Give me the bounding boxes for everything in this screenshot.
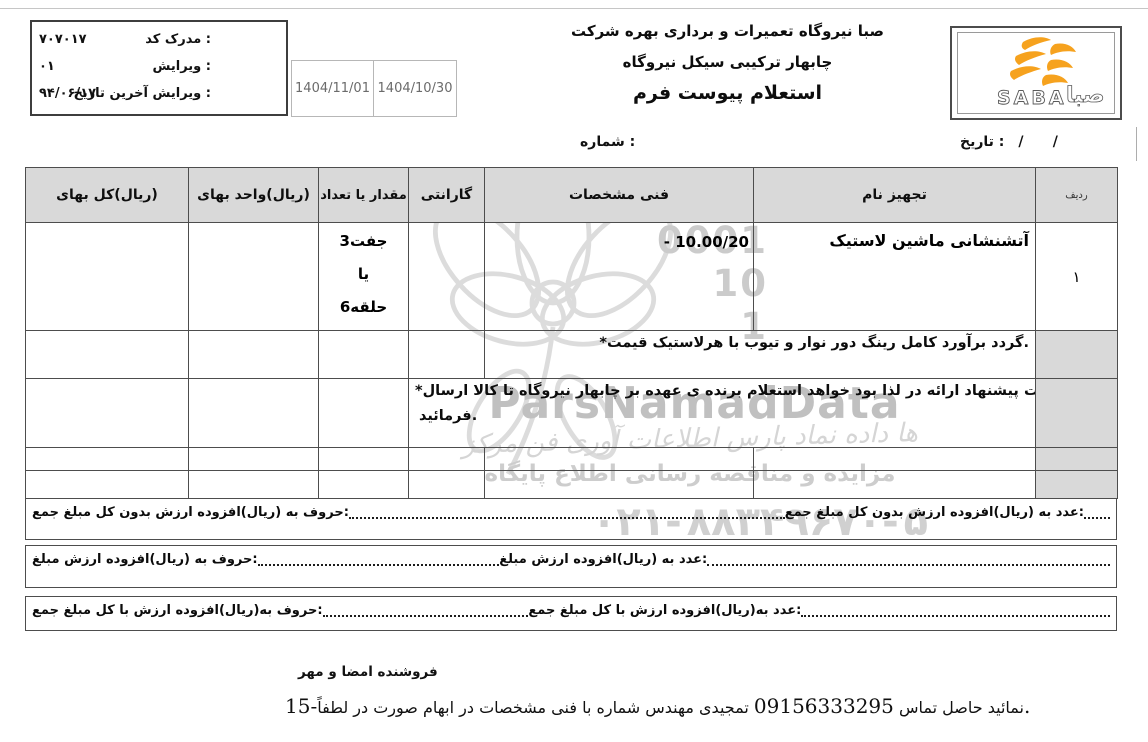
empty-cell	[319, 448, 409, 471]
header-quantity: تعداد یا مقدار	[319, 168, 409, 223]
empty-cell	[26, 448, 189, 471]
logo-wordmark-latin: SABA	[997, 87, 1067, 109]
date-cell-1: 1404/11/01	[291, 60, 374, 117]
note-1-text: *قیمت هرلاستیک با تیوب و نوار دور رینگ ک…	[491, 335, 1029, 351]
empty-cell	[319, 331, 409, 379]
row-no-cell	[1036, 448, 1118, 471]
table-header-row: بهای کل(ریال) بهای واحد(ریال) تعداد یا م…	[26, 168, 1118, 223]
note-row-2: *ارسال کالا تا نیروگاه چابهار بر عهده ی …	[26, 379, 1118, 448]
note-2-line-1: *ارسال کالا تا نیروگاه چابهار بر عهده ی …	[415, 383, 1029, 399]
right-edge-line	[1136, 127, 1137, 161]
note-2-line-2: فرمائید.	[415, 408, 1029, 424]
plant-name: نیروگاه سیکل ترکیبی چابهار	[460, 53, 995, 71]
last-revision-date-value: ۹۴/۰۶/۱۷	[39, 86, 96, 101]
empty-cell	[485, 448, 754, 471]
document-page: 010101 0001 10 1 ParsNamadData مرکز فن آ…	[0, 0, 1148, 742]
empty-row-2	[26, 471, 1118, 499]
empty-cell	[26, 471, 189, 499]
company-name: شرکت بهره برداری و تعمیرات نیروگاه صبا	[460, 22, 995, 40]
cell-equipment: لاستیک ماشین آتشنشانی	[754, 223, 1036, 331]
empty-cell	[319, 379, 409, 448]
item-row-1: 3جفت یا 6حلقه - 10.00/20 لاستیک ماشین آت…	[26, 223, 1118, 331]
dotted-leader	[349, 517, 785, 519]
vat-amount-strip: مبلغ ارزش افزوده(ریال) به حروف: مبلغ ارز…	[25, 545, 1117, 588]
dotted-leader	[323, 615, 529, 617]
empty-cell	[26, 379, 189, 448]
cell-row-no: ۱	[1036, 223, 1118, 331]
empty-cell	[754, 471, 1036, 499]
date-cells: 1404/11/01 1404/10/30	[291, 60, 457, 117]
date-cell-2: 1404/10/30	[374, 60, 457, 117]
total-with-vat-strip: جمع مبلغ کل با ارزش افزوده(ریال)به حروف:…	[25, 596, 1117, 631]
dotted-leader	[258, 564, 500, 566]
total-without-vat-words-label: جمع مبلغ کل بدون ارزش افزوده(ریال) به حر…	[32, 505, 349, 521]
saba-logo-icon: SABA صبا	[961, 34, 1111, 112]
dotted-leader	[1084, 517, 1110, 519]
cell-warranty	[409, 223, 485, 331]
doc-code-row: کد مدرک : ۷۰۷۰۱۷	[32, 32, 286, 52]
dotted-leader	[707, 564, 1110, 566]
contact-footnote: 15-لطفاً در صورت ابهام در مشخصات فنی با …	[285, 694, 1105, 718]
dotted-leader	[801, 615, 1110, 617]
cell-specs: - 10.00/20	[485, 223, 754, 331]
items-table: بهای کل(ریال) بهای واحد(ریال) تعداد یا م…	[25, 167, 1118, 499]
empty-cell	[26, 331, 189, 379]
top-divider	[0, 8, 1148, 9]
total-with-vat-words-label: جمع مبلغ کل با ارزش افزوده(ریال)به حروف:	[32, 603, 323, 619]
row-no-cell	[1036, 471, 1118, 499]
vat-words-label: مبلغ ارزش افزوده(ریال) به حروف:	[32, 552, 258, 568]
total-without-vat-strip: جمع مبلغ کل بدون ارزش افزوده(ریال) به حر…	[25, 498, 1117, 540]
empty-cell	[409, 331, 485, 379]
seller-seal-signature-label: مهر و امضا فروشنده	[298, 664, 438, 680]
cell-quantity: 3جفت یا 6حلقه	[319, 223, 409, 331]
header-specs: مشخصات فنی	[485, 168, 754, 223]
empty-cell	[754, 448, 1036, 471]
row-no-cell	[1036, 379, 1118, 448]
vat-digits-label: مبلغ ارزش افزوده(ریال) به عدد:	[499, 552, 707, 568]
empty-cell	[189, 448, 319, 471]
date-label-group: تاریخ : / /	[960, 134, 1058, 150]
date-slashes: / /	[1018, 134, 1057, 150]
empty-cell	[189, 379, 319, 448]
header-total-price: بهای کل(ریال)	[26, 168, 189, 223]
empty-cell	[319, 471, 409, 499]
revision-value: ۰۱	[39, 59, 55, 74]
logo-wordmark-fa: صبا	[1066, 83, 1105, 108]
company-header: شرکت بهره برداری و تعمیرات نیروگاه صبا ن…	[460, 20, 995, 104]
header-row-no: ردیف	[1036, 168, 1118, 223]
revision-row: ویرایش : ۰۱	[32, 59, 286, 79]
note-1-cell: *قیمت هرلاستیک با تیوب و نوار دور رینگ ک…	[485, 331, 1036, 379]
empty-cell	[409, 471, 485, 499]
row-no-cell	[1036, 331, 1118, 379]
total-with-vat-digits-label: جمع مبلغ کل با ارزش افزوده(ریال)به عدد:	[528, 603, 801, 619]
empty-cell	[409, 448, 485, 471]
saba-logo: SABA صبا	[957, 32, 1115, 114]
logo-box: SABA صبا	[950, 26, 1122, 120]
last-revision-date-row: تاریخ آخرین ویرایش : ۹۴/۰۶/۱۷	[32, 86, 286, 106]
revision-label: ویرایش :	[153, 59, 212, 74]
cell-unit-price	[189, 223, 319, 331]
date-label: تاریخ :	[960, 134, 1004, 150]
cell-total-price	[26, 223, 189, 331]
header-unit-price: بهای واحد(ریال)	[189, 168, 319, 223]
empty-row-1	[26, 448, 1118, 471]
document-code-box: کد مدرک : ۷۰۷۰۱۷ ویرایش : ۰۱ تاریخ آخرین…	[30, 20, 288, 116]
doc-code-label: کد مدرک :	[145, 32, 211, 47]
empty-cell	[189, 471, 319, 499]
empty-cell	[485, 471, 754, 499]
note-2-cell: *ارسال کالا تا نیروگاه چابهار بر عهده ی …	[409, 379, 1036, 448]
header-warranty: گارانتی	[409, 168, 485, 223]
number-label: شماره :	[580, 134, 635, 150]
empty-cell	[189, 331, 319, 379]
doc-code-value: ۷۰۷۰۱۷	[39, 32, 87, 47]
form-title: فرم پیوست استعلام	[460, 82, 995, 104]
note-row-1: *قیمت هرلاستیک با تیوب و نوار دور رینگ ک…	[26, 331, 1118, 379]
total-without-vat-digits-label: جمع مبلغ کل بدون ارزش افزوده(ریال) به عد…	[785, 505, 1084, 521]
reference-row: شماره : تاریخ : / /	[0, 131, 1148, 157]
header-equipment: نام تجهیز	[754, 168, 1036, 223]
